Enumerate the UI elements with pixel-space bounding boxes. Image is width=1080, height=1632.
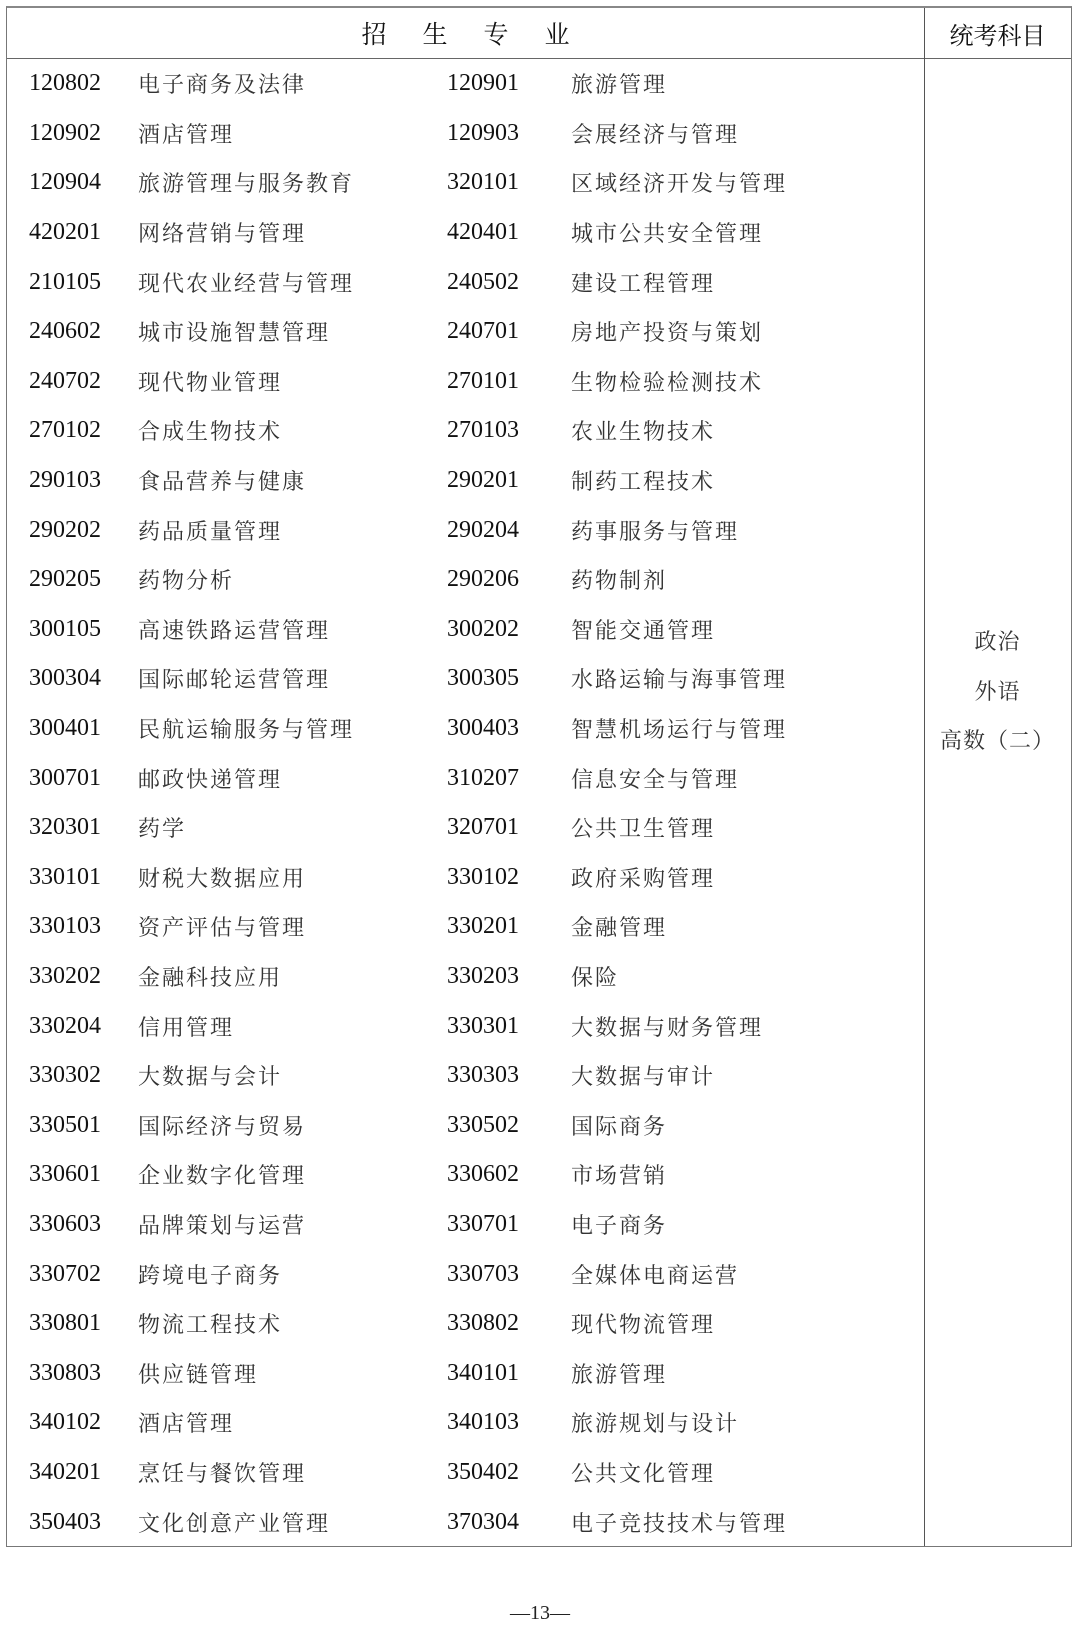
- major-name: 品牌策划与运营: [138, 1200, 306, 1250]
- major-name: 酒店管理: [138, 109, 234, 159]
- major-code: 290204: [447, 505, 519, 555]
- major-name: 房地产投资与策划: [571, 307, 763, 357]
- major-name: 公共卫生管理: [571, 803, 715, 853]
- table-row: 300401民航运输服务与管理300403智慧机场运行与管理: [7, 704, 924, 754]
- header-exam-subjects: 统考科目: [924, 8, 1071, 58]
- major-code: 330603: [29, 1200, 101, 1250]
- table-row: 330801物流工程技术330802现代物流管理: [7, 1299, 924, 1349]
- major-name: 大数据与会计: [138, 1051, 282, 1101]
- major-name: 国际经济与贸易: [138, 1100, 306, 1150]
- major-code: 120901: [447, 59, 519, 109]
- major-code: 210105: [29, 257, 101, 307]
- major-code: 330803: [29, 1348, 101, 1398]
- table-row: 240602城市设施智慧管理240701房地产投资与策划: [7, 307, 924, 357]
- table-row: 330603品牌策划与运营330701电子商务: [7, 1200, 924, 1250]
- major-name: 药学: [138, 803, 186, 853]
- major-code: 330601: [29, 1150, 101, 1200]
- major-code: 240701: [447, 307, 519, 357]
- table-row: 300105高速铁路运营管理300202智能交通管理: [7, 605, 924, 655]
- table-row: 240702现代物业管理270101生物检验检测技术: [7, 357, 924, 407]
- major-code: 300401: [29, 704, 101, 754]
- major-name: 农业生物技术: [571, 406, 715, 456]
- table-row: 330702跨境电子商务330703全媒体电商运营: [7, 1249, 924, 1299]
- major-name: 财税大数据应用: [138, 853, 306, 903]
- major-name: 旅游管理与服务教育: [138, 158, 354, 208]
- major-code: 420201: [29, 208, 101, 258]
- table-row: 210105现代农业经营与管理240502建设工程管理: [7, 257, 924, 307]
- major-name: 电子竞技技术与管理: [571, 1497, 787, 1547]
- major-name: 区域经济开发与管理: [571, 158, 787, 208]
- major-name: 物流工程技术: [138, 1299, 282, 1349]
- major-name: 城市公共安全管理: [571, 208, 763, 258]
- major-name: 合成生物技术: [138, 406, 282, 456]
- major-name: 烹饪与餐饮管理: [138, 1448, 306, 1498]
- major-code: 330701: [447, 1200, 519, 1250]
- major-name: 信息安全与管理: [571, 753, 739, 803]
- exam-subjects-list: 政治外语高数（二）: [924, 616, 1071, 765]
- major-code: 300304: [29, 654, 101, 704]
- major-code: 270101: [447, 357, 519, 407]
- table-row: 330501国际经济与贸易330502国际商务: [7, 1100, 924, 1150]
- major-name: 市场营销: [571, 1150, 667, 1200]
- major-code: 120904: [29, 158, 101, 208]
- major-name: 药品质量管理: [138, 505, 282, 555]
- major-code: 420401: [447, 208, 519, 258]
- column-divider: [924, 8, 925, 1546]
- table-row: 290205药物分析290206药物制剂: [7, 555, 924, 605]
- major-code: 290103: [29, 456, 101, 506]
- major-code: 240702: [29, 357, 101, 407]
- table-row: 330302大数据与会计330303大数据与审计: [7, 1051, 924, 1101]
- major-code: 330501: [29, 1100, 101, 1150]
- major-name: 酒店管理: [138, 1398, 234, 1448]
- major-code: 290202: [29, 505, 101, 555]
- major-name: 企业数字化管理: [138, 1150, 306, 1200]
- major-name: 金融科技应用: [138, 952, 282, 1002]
- major-name: 智能交通管理: [571, 605, 715, 655]
- major-code: 330702: [29, 1249, 101, 1299]
- major-code: 330201: [447, 902, 519, 952]
- major-name: 现代农业经营与管理: [138, 257, 354, 307]
- major-code: 290205: [29, 555, 101, 605]
- major-name: 公共文化管理: [571, 1448, 715, 1498]
- major-code: 350402: [447, 1448, 519, 1498]
- major-name: 食品营养与健康: [138, 456, 306, 506]
- table-row: 420201网络营销与管理420401城市公共安全管理: [7, 208, 924, 258]
- major-code: 240502: [447, 257, 519, 307]
- major-name: 旅游规划与设计: [571, 1398, 739, 1448]
- table-row: 120902酒店管理120903会展经济与管理: [7, 109, 924, 159]
- major-code: 240602: [29, 307, 101, 357]
- major-name: 信用管理: [138, 1001, 234, 1051]
- table-row: 120904旅游管理与服务教育320101区域经济开发与管理: [7, 158, 924, 208]
- table-row: 270102合成生物技术270103农业生物技术: [7, 406, 924, 456]
- major-code: 330203: [447, 952, 519, 1002]
- major-code: 290201: [447, 456, 519, 506]
- major-code: 270102: [29, 406, 101, 456]
- major-code: 370304: [447, 1497, 519, 1547]
- major-code: 120902: [29, 109, 101, 159]
- major-name: 城市设施智慧管理: [138, 307, 330, 357]
- table-row: 290202药品质量管理290204药事服务与管理: [7, 505, 924, 555]
- exam-subject: 高数（二）: [940, 715, 1055, 765]
- major-code: 330103: [29, 902, 101, 952]
- major-name: 大数据与财务管理: [571, 1001, 763, 1051]
- major-name: 药物分析: [138, 555, 234, 605]
- major-code: 120802: [29, 59, 101, 109]
- major-name: 大数据与审计: [571, 1051, 715, 1101]
- major-code: 320301: [29, 803, 101, 853]
- major-code: 330204: [29, 1001, 101, 1051]
- major-name: 供应链管理: [138, 1348, 258, 1398]
- major-name: 电子商务: [571, 1200, 667, 1250]
- major-code: 330302: [29, 1051, 101, 1101]
- majors-list: 120802电子商务及法律120901旅游管理120902酒店管理120903会…: [7, 59, 924, 1547]
- major-name: 旅游管理: [571, 59, 667, 109]
- major-code: 310207: [447, 753, 519, 803]
- major-code: 300305: [447, 654, 519, 704]
- major-name: 会展经济与管理: [571, 109, 739, 159]
- major-name: 文化创意产业管理: [138, 1497, 330, 1547]
- major-name: 网络营销与管理: [138, 208, 306, 258]
- major-name: 智慧机场运行与管理: [571, 704, 787, 754]
- major-name: 电子商务及法律: [138, 59, 306, 109]
- major-code: 330202: [29, 952, 101, 1002]
- major-name: 政府采购管理: [571, 853, 715, 903]
- table-row: 330204信用管理330301大数据与财务管理: [7, 1001, 924, 1051]
- table-row: 340102酒店管理340103旅游规划与设计: [7, 1398, 924, 1448]
- major-name: 金融管理: [571, 902, 667, 952]
- table-row: 290103食品营养与健康290201制药工程技术: [7, 456, 924, 506]
- major-name: 生物检验检测技术: [571, 357, 763, 407]
- exam-subject: 政治: [974, 616, 1020, 666]
- major-code: 330703: [447, 1249, 519, 1299]
- major-code: 340201: [29, 1448, 101, 1498]
- major-name: 国际商务: [571, 1100, 667, 1150]
- major-code: 330101: [29, 853, 101, 903]
- major-code: 330602: [447, 1150, 519, 1200]
- header-majors: 招生专业: [7, 8, 924, 58]
- major-code: 350403: [29, 1497, 101, 1547]
- table-row: 330103资产评估与管理330201金融管理: [7, 902, 924, 952]
- major-name: 全媒体电商运营: [571, 1249, 739, 1299]
- major-name: 资产评估与管理: [138, 902, 306, 952]
- table-row: 350403文化创意产业管理370304电子竞技技术与管理: [7, 1497, 924, 1547]
- major-name: 制药工程技术: [571, 456, 715, 506]
- major-name: 保险: [571, 952, 619, 1002]
- major-name: 现代物流管理: [571, 1299, 715, 1349]
- table-row: 120802电子商务及法律120901旅游管理: [7, 59, 924, 109]
- major-name: 国际邮轮运营管理: [138, 654, 330, 704]
- major-name: 建设工程管理: [571, 257, 715, 307]
- major-code: 320701: [447, 803, 519, 853]
- major-code: 290206: [447, 555, 519, 605]
- major-code: 270103: [447, 406, 519, 456]
- major-code: 320101: [447, 158, 519, 208]
- major-code: 300202: [447, 605, 519, 655]
- major-code: 340102: [29, 1398, 101, 1448]
- table-row: 330202金融科技应用330203保险: [7, 952, 924, 1002]
- major-code: 300105: [29, 605, 101, 655]
- major-name: 水路运输与海事管理: [571, 654, 787, 704]
- major-code: 340101: [447, 1348, 519, 1398]
- table-row: 300304国际邮轮运营管理300305水路运输与海事管理: [7, 654, 924, 704]
- majors-table: 招生专业 统考科目 120802电子商务及法律120901旅游管理120902酒…: [6, 6, 1072, 1547]
- major-name: 药事服务与管理: [571, 505, 739, 555]
- major-code: 330102: [447, 853, 519, 903]
- major-code: 340103: [447, 1398, 519, 1448]
- major-code: 300403: [447, 704, 519, 754]
- major-name: 高速铁路运营管理: [138, 605, 330, 655]
- major-code: 120903: [447, 109, 519, 159]
- exam-subject: 外语: [974, 666, 1020, 716]
- table-row: 330601企业数字化管理330602市场营销: [7, 1150, 924, 1200]
- major-name: 跨境电子商务: [138, 1249, 282, 1299]
- table-row: 300701邮政快递管理310207信息安全与管理: [7, 753, 924, 803]
- major-name: 现代物业管理: [138, 357, 282, 407]
- table-row: 330101财税大数据应用330102政府采购管理: [7, 853, 924, 903]
- major-code: 300701: [29, 753, 101, 803]
- major-code: 330802: [447, 1299, 519, 1349]
- table-row: 340201烹饪与餐饮管理350402公共文化管理: [7, 1448, 924, 1498]
- major-name: 药物制剂: [571, 555, 667, 605]
- major-code: 330502: [447, 1100, 519, 1150]
- table-row: 330803供应链管理340101旅游管理: [7, 1348, 924, 1398]
- major-name: 邮政快递管理: [138, 753, 282, 803]
- table-row: 320301药学320701公共卫生管理: [7, 803, 924, 853]
- major-code: 330301: [447, 1001, 519, 1051]
- major-name: 民航运输服务与管理: [138, 704, 354, 754]
- page-number: —13—: [0, 1602, 1080, 1625]
- major-code: 330801: [29, 1299, 101, 1349]
- major-name: 旅游管理: [571, 1348, 667, 1398]
- table-header: 招生专业 统考科目: [7, 8, 1071, 59]
- major-code: 330303: [447, 1051, 519, 1101]
